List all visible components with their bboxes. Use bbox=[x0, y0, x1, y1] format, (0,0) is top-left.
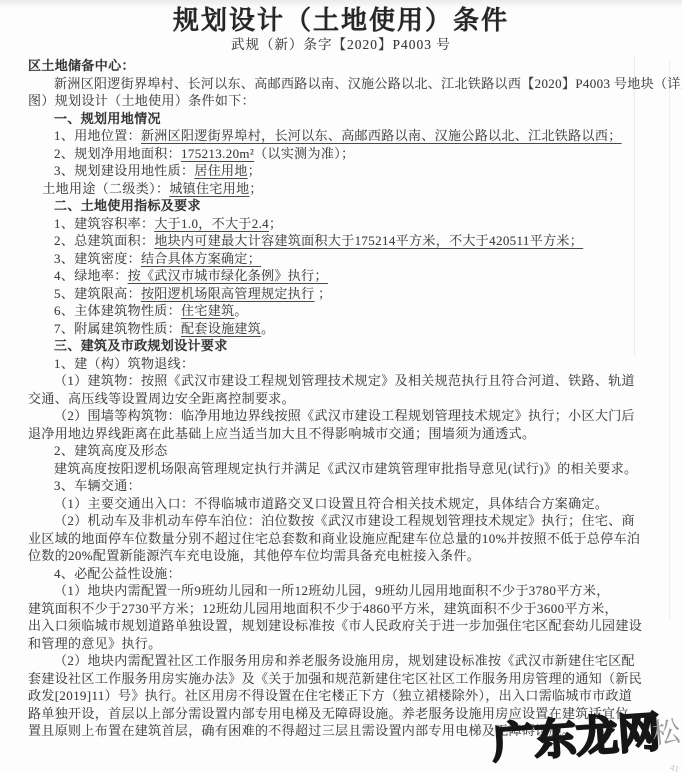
watermark-text: 广东龙网 bbox=[490, 699, 662, 771]
item-green-ratio: 4、绿地率：按《武汉市城市绿化条例》执行； bbox=[28, 267, 654, 285]
doc-line: 交通、高压线等设置周边安全距离控制要求。 bbox=[28, 390, 654, 408]
doc-line: 二、土地使用指标及要求 bbox=[28, 197, 654, 215]
watermark-suffix-character: 松 bbox=[650, 710, 682, 753]
doc-text: 位数的20%配置新能源汽车充电设施，其他停车位均需具备充电桩接入条件。 bbox=[28, 548, 480, 563]
underlined-value: 配套设施建筑 bbox=[181, 321, 261, 336]
para-setback-buildings: （1）建筑物：按照《武汉市建设工程规划管理技术规定》及相关规范执行且符合河道、铁… bbox=[28, 372, 654, 407]
section-3-heading: 三、建筑及市政规划设计要求 bbox=[28, 337, 654, 355]
para-traffic-entrance: （1）主要交通出入口：不得临城市道路交叉口设置且符合相关技术规定，具体结合方案确… bbox=[28, 495, 654, 513]
doc-line: 3、车辆交通： bbox=[28, 477, 654, 495]
recipient-line: 区土地储备中心： bbox=[28, 57, 654, 75]
item-traffic-heading: 3、车辆交通： bbox=[28, 477, 654, 495]
doc-line: 建筑高度按阳逻机场限高管理规定执行并满足《武汉市建筑管理审批指导意见(试行)》的… bbox=[28, 460, 654, 478]
doc-line: 4、必配公益性设施： bbox=[28, 565, 654, 583]
doc-text: （1）地块内需配置一所9班幼儿园和一所12班幼儿园，9班幼儿园用地面积不少于37… bbox=[54, 583, 610, 598]
doc-text: ； bbox=[249, 181, 262, 196]
underlined-value: 居住用地 bbox=[194, 163, 247, 178]
doc-text: 三、建筑及市政规划设计要求 bbox=[54, 338, 228, 353]
doc-line: 业区域的地面停车位数量分别不超过住宅总套数和商业设施应配建车位总量的10%并按照… bbox=[28, 530, 654, 548]
underlined-value: 按《武汉市城市绿化条例》执行； bbox=[128, 268, 328, 283]
doc-text: 区土地储备中心： bbox=[28, 58, 135, 73]
doc-line: 三、建筑及市政规划设计要求 bbox=[28, 337, 654, 355]
item-public-facilities-heading: 4、必配公益性设施： bbox=[28, 565, 654, 583]
doc-text: ； bbox=[248, 163, 261, 178]
doc-text: 1、用地位置： bbox=[54, 128, 141, 143]
doc-text: 7、附属建筑物性质： bbox=[54, 321, 181, 336]
doc-line: 5、建筑限高：按阳逻机场限高管理规定执行 ； bbox=[28, 285, 654, 303]
doc-text: （1）主要交通出入口：不得临城市道路交叉口设置且符合相关技术规定，具体结合方案确… bbox=[54, 496, 608, 511]
scan-corner-mark: 41 bbox=[669, 762, 680, 773]
doc-text: 套建设社区工作服务用房实施办法》及《关于加强和规范新建住宅区社区工作服务用房管理… bbox=[28, 671, 642, 686]
underlined-value: 地块内可建最大计容建筑面积大于175214平方米，不大于420511平方米； bbox=[154, 233, 583, 248]
scan-artifact-line bbox=[669, 60, 670, 620]
doc-line: （2）机动车及非机动车停车泊位：泊位数按《武汉市建设工程规划管理技术规定》执行；… bbox=[28, 512, 654, 530]
doc-line: 土地用途（二级类）：城镇住宅用地； bbox=[28, 180, 654, 198]
underlined-value: 按阳逻机场限高管理规定执行 bbox=[141, 286, 315, 301]
item-location: 1、用地位置：新洲区阳逻街界埠村，长河以东、高邮西路以南、汉施公路以北、江北铁路… bbox=[28, 127, 654, 145]
doc-text: 2、规划净用地面积： bbox=[54, 146, 181, 161]
doc-text: 退净用地边界线距离在此基础上应当适当加大且不得影响城市交通；围墙须为通透式。 bbox=[28, 426, 535, 441]
doc-text: （2）地块内需配置社区工作服务用房和养老服务设施用房，规划建设标准按《武汉市新建… bbox=[54, 653, 635, 668]
doc-line: （2）地块内需配置社区工作服务用房和养老服务设施用房，规划建设标准按《武汉市新建… bbox=[28, 652, 654, 670]
intro-paragraph: 新洲区阳逻街界埠村、长河以东、高邮西路以南、汉施公路以北、江北铁路以西【2020… bbox=[28, 75, 654, 110]
doc-text: 建筑高度按阳逻机场限高管理规定执行并满足《武汉市建筑管理审批指导意见(试行)》的… bbox=[54, 461, 637, 476]
doc-line: 2、总建筑面积：地块内可建最大计容建筑面积大于175214平方米，不大于4205… bbox=[28, 232, 654, 250]
doc-text: （1）建筑物：按照《武汉市建设工程规划管理技术规定》及相关规范执行且符合河道、铁… bbox=[54, 373, 635, 388]
document-content: 规划设计（土地使用）条件 武规（新）条字【2020】P4003 号 区土地储备中… bbox=[28, 6, 654, 740]
doc-line: 建筑面积不少于2730平方米；12班幼儿园用地面积不少于4860平方米，建筑面积… bbox=[28, 600, 654, 618]
doc-text: （2）机动车及非机动车停车泊位：泊位数按《武汉市建设工程规划管理技术规定》执行；… bbox=[54, 513, 635, 528]
doc-text: 4、绿地率： bbox=[54, 268, 128, 283]
doc-text: 出入口须临城市规划道路单独设置，规划建设标准按《市人民政府关于进一步加强住宅区配… bbox=[28, 618, 642, 633]
document-number: 武规（新）条字【2020】P4003 号 bbox=[28, 36, 654, 54]
doc-line: 退净用地边界线距离在此基础上应当适当加大且不得影响城市交通；围墙须为通透式。 bbox=[28, 425, 654, 443]
item-land-use-nature: 3、规划建设用地性质：居住用地； bbox=[28, 162, 654, 180]
doc-line: 3、规划建设用地性质：居住用地； bbox=[28, 162, 654, 180]
doc-text: 3、车辆交通： bbox=[54, 478, 141, 493]
para-parking: （2）机动车及非机动车停车泊位：泊位数按《武汉市建设工程规划管理技术规定》执行；… bbox=[28, 512, 654, 565]
item-setback-heading: 1、建（构）筑物退线： bbox=[28, 355, 654, 373]
item-building-density: 3、建筑密度：结合具体方案确定； bbox=[28, 250, 654, 268]
doc-line: 4、绿地率：按《武汉市城市绿化条例》执行； bbox=[28, 267, 654, 285]
doc-text: 。 bbox=[261, 321, 274, 336]
doc-text: 建筑面积不少于2730平方米；12班幼儿园用地面积不少于4860平方米，建筑面积… bbox=[28, 601, 618, 616]
doc-text: 新洲区阳逻街界埠村、长河以东、高邮西路以南、汉施公路以北、江北铁路以西【2020… bbox=[54, 76, 682, 91]
item-height-form-heading: 2、建筑高度及形态 bbox=[28, 442, 654, 460]
underlined-value: 住宅建筑 bbox=[181, 303, 234, 318]
doc-text: 土地用途（二级类）： bbox=[42, 181, 169, 196]
doc-text: ； bbox=[269, 216, 282, 231]
document-body: 区土地储备中心：新洲区阳逻街界埠村、长河以东、高邮西路以南、汉施公路以北、江北铁… bbox=[28, 57, 654, 740]
doc-text: 1、建（构）筑物退线： bbox=[54, 356, 194, 371]
item-auxiliary-building-nature: 7、附属建筑物性质：配套设施建筑。 bbox=[28, 320, 654, 338]
doc-line: （1）建筑物：按照《武汉市建设工程规划管理技术规定》及相关规范执行且符合河道、铁… bbox=[28, 372, 654, 390]
doc-line: 2、建筑高度及形态 bbox=[28, 442, 654, 460]
doc-text: ； bbox=[315, 286, 332, 301]
doc-line: 套建设社区工作服务用房实施办法》及《关于加强和规范新建住宅区社区工作服务用房管理… bbox=[28, 670, 654, 688]
item-main-building-nature: 6、主体建筑物性质：住宅建筑。 bbox=[28, 302, 654, 320]
doc-text: 6、主体建筑物性质： bbox=[54, 303, 181, 318]
doc-line: 7、附属建筑物性质：配套设施建筑。 bbox=[28, 320, 654, 338]
doc-text: 3、规划建设用地性质： bbox=[54, 163, 194, 178]
doc-line: 1、建（构）筑物退线： bbox=[28, 355, 654, 373]
doc-text: （以实测为准）； bbox=[254, 146, 354, 161]
doc-text: （2）围墙等构筑物：临净用地边界线按照《武汉市建设工程规划管理技术规定》执行；小… bbox=[54, 408, 635, 423]
doc-text: 2、建筑高度及形态 bbox=[54, 443, 168, 458]
doc-line: 新洲区阳逻街界埠村、长河以东、高邮西路以南、汉施公路以北、江北铁路以西【2020… bbox=[28, 75, 654, 93]
item-height-limit: 5、建筑限高：按阳逻机场限高管理规定执行 ； bbox=[28, 285, 654, 303]
doc-line: 位数的20%配置新能源汽车充电设施，其他停车位均需具备充电桩接入条件。 bbox=[28, 547, 654, 565]
doc-text: 1、建筑容积率： bbox=[54, 216, 154, 231]
doc-line: 一、规划用地情况 bbox=[28, 110, 654, 128]
doc-line: 出入口须临城市规划道路单独设置，规划建设标准按《市人民政府关于进一步加强住宅区配… bbox=[28, 617, 654, 635]
doc-text: 交通、高压线等设置周边安全距离控制要求。 bbox=[28, 391, 295, 406]
doc-text: 业区域的地面停车位数量分别不超过住宅总套数和商业设施应配建车位总量的10%并按照… bbox=[28, 531, 640, 546]
item-net-land-area: 2、规划净用地面积：175213.20m²（以实测为准）； bbox=[28, 145, 654, 163]
doc-line: 2、规划净用地面积：175213.20m²（以实测为准）； bbox=[28, 145, 654, 163]
underlined-value: 新洲区阳逻街界埠村，长河以东、高邮西路以南、汉施公路以北、江北铁路以西； bbox=[141, 128, 622, 143]
doc-text: 二、土地使用指标及要求 bbox=[54, 198, 201, 213]
document-title: 规划设计（土地使用）条件 bbox=[28, 6, 654, 36]
doc-line: 图）规划设计（土地使用）条件如下： bbox=[28, 92, 654, 110]
scanned-document-page: 规划设计（土地使用）条件 武规（新）条字【2020】P4003 号 区土地储备中… bbox=[0, 0, 682, 773]
section-2-heading: 二、土地使用指标及要求 bbox=[28, 197, 654, 215]
doc-text: 政发[2019]11）号》执行。社区用房不得设置在住宅楼正下方（独立裙楼除外），… bbox=[28, 688, 632, 703]
doc-line: 区土地储备中心： bbox=[28, 57, 654, 75]
doc-line: （1）地块内需配置一所9班幼儿园和一所12班幼儿园，9班幼儿园用地面积不少于37… bbox=[28, 582, 654, 600]
underlined-value: 城镇住宅用地 bbox=[169, 181, 249, 196]
doc-line: 和管理的意见》执行。 bbox=[28, 635, 654, 653]
item-total-floor-area: 2、总建筑面积：地块内可建最大计容建筑面积大于175214平方米，不大于4205… bbox=[28, 232, 654, 250]
underlined-value: 结合具体方案确定； bbox=[141, 251, 261, 266]
para-setback-walls: （2）围墙等构筑物：临净用地边界线按照《武汉市建设工程规划管理技术规定》执行；小… bbox=[28, 407, 654, 442]
underlined-value: 大于1.0，不大于2.4 bbox=[154, 216, 269, 231]
item-land-use-class: 土地用途（二级类）：城镇住宅用地； bbox=[28, 180, 654, 198]
doc-text: 4、必配公益性设施： bbox=[54, 566, 181, 581]
para-height-form: 建筑高度按阳逻机场限高管理规定执行并满足《武汉市建筑管理审批指导意见(试行)》的… bbox=[28, 460, 654, 478]
doc-line: 政发[2019]11）号》执行。社区用房不得设置在住宅楼正下方（独立裙楼除外），… bbox=[28, 687, 654, 705]
doc-text: 5、建筑限高： bbox=[54, 286, 141, 301]
doc-line: （1）主要交通出入口：不得临城市道路交叉口设置且符合相关技术规定，具体结合方案确… bbox=[28, 495, 654, 513]
doc-line: （2）围墙等构筑物：临净用地边界线按照《武汉市建设工程规划管理技术规定》执行；小… bbox=[28, 407, 654, 425]
doc-line: 1、建筑容积率：大于1.0，不大于2.4； bbox=[28, 215, 654, 233]
para-kindergarten: （1）地块内需配置一所9班幼儿园和一所12班幼儿园，9班幼儿园用地面积不少于37… bbox=[28, 582, 654, 652]
doc-line: 1、用地位置：新洲区阳逻街界埠村，长河以东、高邮西路以南、汉施公路以北、江北铁路… bbox=[28, 127, 654, 145]
doc-text: 2、总建筑面积： bbox=[54, 233, 154, 248]
section-1-heading: 一、规划用地情况 bbox=[28, 110, 654, 128]
doc-text: 图）规划设计（土地使用）条件如下： bbox=[28, 93, 255, 108]
doc-text: 3、建筑密度： bbox=[54, 251, 141, 266]
item-plot-ratio: 1、建筑容积率：大于1.0，不大于2.4； bbox=[28, 215, 654, 233]
doc-text: 和管理的意见》执行。 bbox=[28, 636, 162, 651]
underlined-value: 175213.20m² bbox=[181, 146, 254, 161]
doc-line: 3、建筑密度：结合具体方案确定； bbox=[28, 250, 654, 268]
doc-text: 一、规划用地情况 bbox=[54, 111, 161, 126]
doc-line: 6、主体建筑物性质：住宅建筑。 bbox=[28, 302, 654, 320]
doc-text: 。 bbox=[234, 303, 247, 318]
